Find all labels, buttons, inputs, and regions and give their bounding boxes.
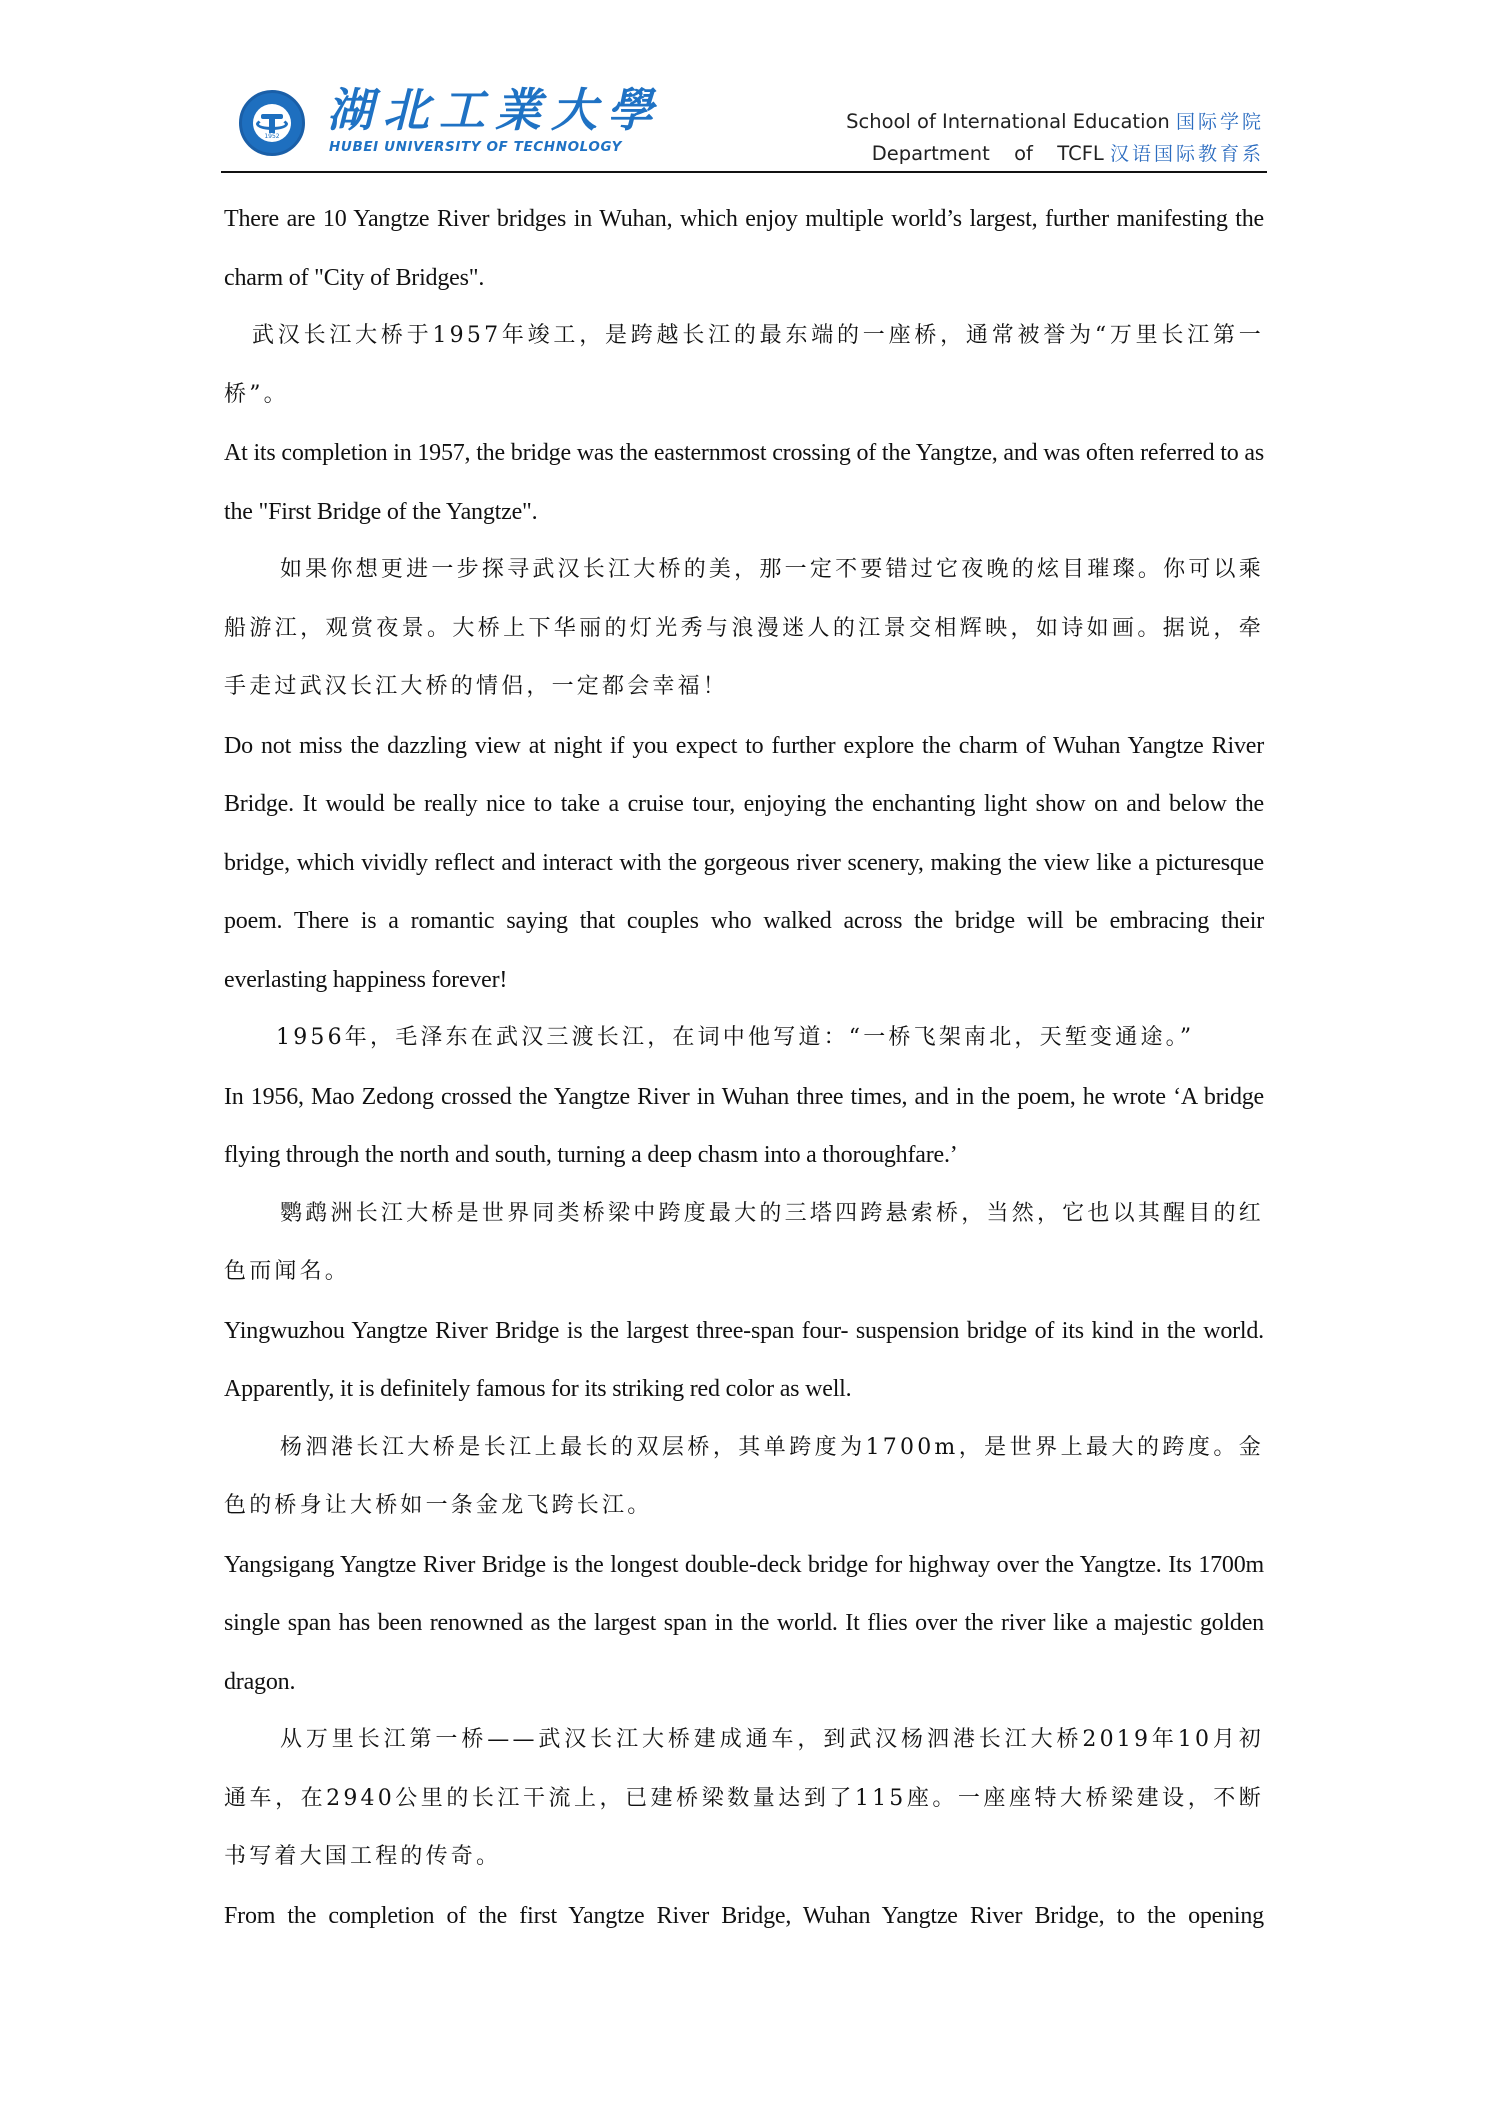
school-name-en: School of International Education <box>846 110 1170 133</box>
paragraph-cn: 杨泗港长江大桥是长江上最长的双层桥，其单跨度为1700m，是世界上最大的跨度。金… <box>224 1419 1264 1536</box>
university-name-english: HUBEI UNIVERSITY OF TECHNOLOGY <box>329 139 622 155</box>
document-body: There are 10 Yangtze River bridges in Wu… <box>224 190 1264 1945</box>
paragraph-cn: 武汉长江大桥于1957年竣工，是跨越长江的最东端的一座桥，通常被誉为“万里长江第… <box>224 307 1264 424</box>
seal-inner: 1952 <box>253 104 291 142</box>
paragraph-en: In 1956, Mao Zedong crossed the Yangtze … <box>224 1068 1264 1185</box>
paragraph-en: At its completion in 1957, the bridge wa… <box>224 424 1264 541</box>
school-line: School of International Education 国际学院 <box>846 106 1264 138</box>
paragraph-en: Yingwuzhou Yangtze River Bridge is the l… <box>224 1302 1264 1419</box>
seal-stem-shape <box>269 117 275 133</box>
seal-year: 1952 <box>253 133 291 140</box>
school-name-cn: 国际学院 <box>1176 111 1264 133</box>
university-name-chinese: 湖北工業大學 <box>327 84 663 136</box>
paragraph-cn: 1956年，毛泽东在武汉三渡长江，在词中他写道：“一桥飞架南北，天堑变通途。” <box>224 1009 1264 1068</box>
university-seal-icon: 1952 <box>239 90 305 156</box>
department-info: School of International Education 国际学院 D… <box>846 106 1264 170</box>
paragraph-en: Do not miss the dazzling view at night i… <box>224 717 1264 1010</box>
header-divider <box>221 171 1267 173</box>
department-name-cn: 汉语国际教育系 <box>1110 143 1264 165</box>
paragraph-en: Yangsigang Yangtze River Bridge is the l… <box>224 1536 1264 1712</box>
paragraph-cn: 从万里长江第一桥——武汉长江大桥建成通车，到武汉杨泗港长江大桥2019年10月初… <box>224 1711 1264 1887</box>
paragraph-en: From the completion of the first Yangtze… <box>224 1887 1264 1946</box>
department-line: Department of TCFL 汉语国际教育系 <box>846 138 1264 170</box>
page-header: 1952 湖北工業大學 HUBEI UNIVERSITY OF TECHNOLO… <box>221 78 1267 172</box>
paragraph-cn: 鹦鹉洲长江大桥是世界同类桥梁中跨度最大的三塔四跨悬索桥，当然，它也以其醒目的红色… <box>224 1185 1264 1302</box>
document-page: 1952 湖北工業大學 HUBEI UNIVERSITY OF TECHNOLO… <box>0 0 1489 2105</box>
department-name-en: Department of TCFL <box>872 142 1104 165</box>
paragraph-cn: 如果你想更进一步探寻武汉长江大桥的美，那一定不要错过它夜晚的炫目璀璨。你可以乘船… <box>224 541 1264 717</box>
paragraph-en: There are 10 Yangtze River bridges in Wu… <box>224 190 1264 307</box>
